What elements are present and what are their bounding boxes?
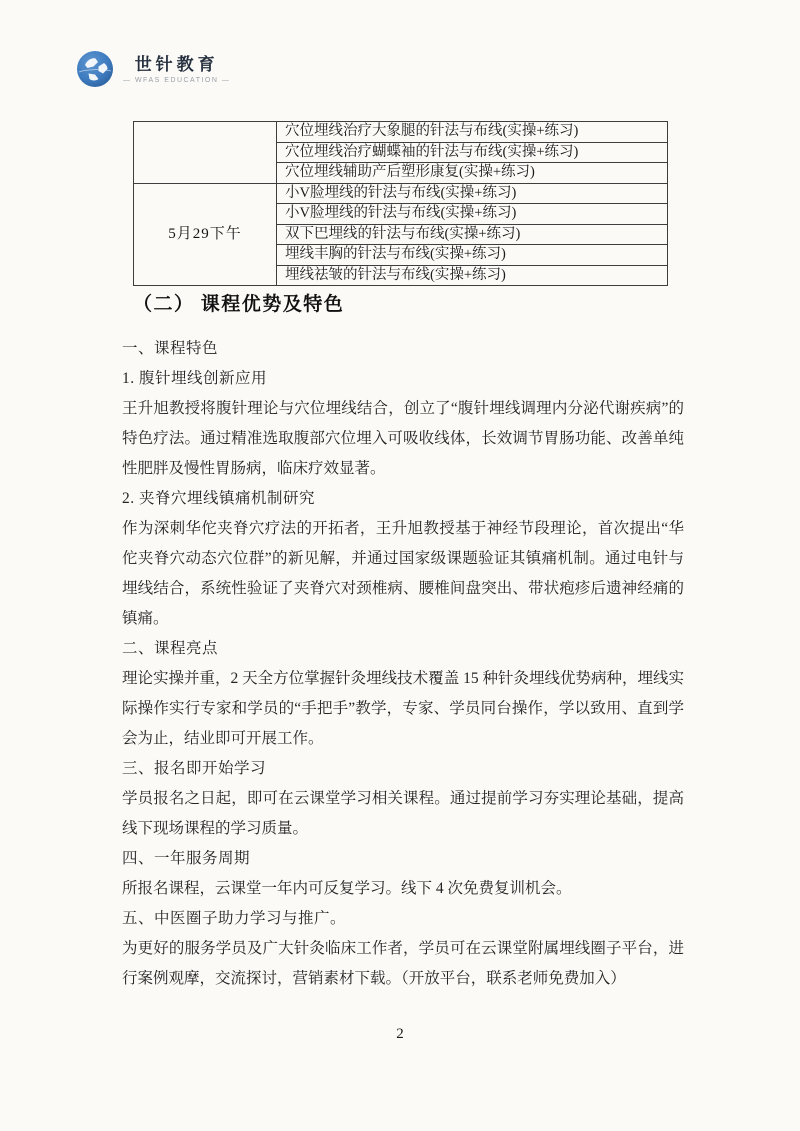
numbered-item-1: 1. 腹针埋线创新应用	[122, 364, 684, 394]
course-cell: 埋线祛皱的针法与布线(实操+练习)	[277, 265, 668, 286]
course-cell: 穴位埋线辅助产后塑形康复(实操+练习)	[277, 163, 668, 184]
content-body: 一、课程特色 1. 腹针埋线创新应用 王升旭教授将腹针理论与穴位埋线结合，创立了…	[122, 334, 684, 994]
time-cell-may29-pm: 5月29下午	[134, 183, 277, 286]
subheading-3-start-learning: 三、报名即开始学习	[122, 754, 684, 784]
course-cell: 埋线丰胸的针法与布线(实操+练习)	[277, 245, 668, 266]
course-cell: 小V脸埋线的针法与布线(实操+练习)	[277, 183, 668, 204]
time-cell-empty	[134, 122, 277, 184]
paragraph: 王升旭教授将腹针理论与穴位埋线结合，创立了“腹针埋线调理内分泌代谢疾病”的特色疗…	[122, 394, 684, 484]
paragraph: 作为深刺华佗夹脊穴疗法的开拓者，王升旭教授基于神经节段理论，首次提出“华佗夹脊穴…	[122, 514, 684, 634]
paragraph: 学员报名之日起，即可在云课堂学习相关课程。通过提前学习夯实理论基础，提高线下现场…	[122, 784, 684, 844]
course-cell: 穴位埋线治疗大象腿的针法与布线(实操+练习)	[277, 122, 668, 143]
subheading-5-tcm-circle: 五、中医圈子助力学习与推广。	[122, 904, 684, 934]
course-cell: 穴位埋线治疗蝴蝶袖的针法与布线(实操+练习)	[277, 142, 668, 163]
table-row: 穴位埋线治疗大象腿的针法与布线(实操+练习)	[134, 122, 668, 143]
course-cell: 小V脸埋线的针法与布线(实操+练习)	[277, 204, 668, 225]
paragraph: 为更好的服务学员及广大针灸临床工作者，学员可在云课堂附属埋线圈子平台，进行案例观…	[122, 934, 684, 994]
logo: 世针教育 — WFAS EDUCATION —	[76, 50, 230, 88]
course-schedule-table: 穴位埋线治疗大象腿的针法与布线(实操+练习) 穴位埋线治疗蝴蝶袖的针法与布线(实…	[133, 121, 668, 286]
page-number: 2	[0, 1026, 800, 1043]
document-page: 世针教育 — WFAS EDUCATION — 穴位埋线治疗大象腿的针法与布线(…	[0, 0, 800, 1131]
course-cell: 双下巴埋线的针法与布线(实操+练习)	[277, 224, 668, 245]
numbered-item-2: 2. 夹脊穴埋线镇痛机制研究	[122, 484, 684, 514]
paragraph: 理论实操并重，2 天全方位掌握针灸埋线技术覆盖 15 种针灸埋线优势病种，埋线实…	[122, 664, 684, 754]
table-row: 5月29下午 小V脸埋线的针法与布线(实操+练习)	[134, 183, 668, 204]
globe-icon	[76, 50, 114, 88]
subheading-4-one-year-service: 四、一年服务周期	[122, 844, 684, 874]
section-heading: （二） 课程优势及特色	[133, 289, 344, 316]
logo-name: 世针教育	[135, 55, 219, 75]
subheading-2-course-highlights: 二、课程亮点	[122, 634, 684, 664]
logo-subtitle: — WFAS EDUCATION —	[123, 77, 230, 84]
subheading-1-course-features: 一、课程特色	[122, 334, 684, 364]
paragraph: 所报名课程，云课堂一年内可反复学习。线下 4 次免费复训机会。	[122, 874, 684, 904]
